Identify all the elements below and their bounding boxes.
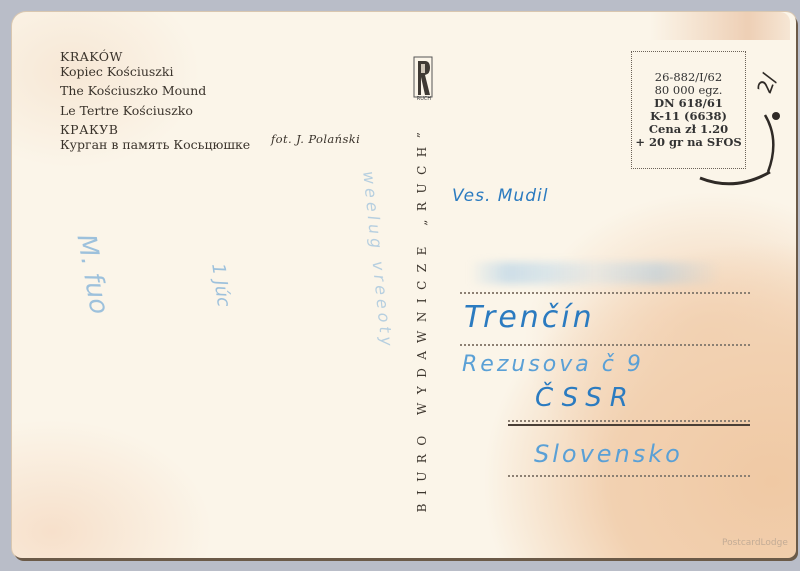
caption-line: KRAKÓW bbox=[60, 49, 250, 64]
address-city: Trenčín bbox=[464, 300, 595, 335]
address-underline bbox=[508, 424, 750, 426]
address-line bbox=[460, 292, 750, 294]
ruch-logo-icon bbox=[413, 55, 433, 101]
caption-line: Kopiec Kościuszki bbox=[60, 64, 250, 79]
ruch-logo-label: RUCH bbox=[411, 96, 437, 102]
redacted-recipient-name bbox=[470, 262, 720, 284]
address-line bbox=[508, 420, 750, 422]
postmark-text: 2/ bbox=[752, 70, 781, 97]
watermark: PostcardLodge bbox=[722, 538, 788, 548]
age-stain bbox=[650, 12, 790, 40]
address-line bbox=[460, 344, 750, 346]
publisher-imprint-vertical: BIURO WYDAWNICZE „RUCH” bbox=[415, 124, 429, 513]
sender-handwriting: Ves. Mudil bbox=[452, 186, 548, 206]
caption-line: Le Tertre Kościuszko bbox=[60, 103, 250, 118]
address-line bbox=[508, 475, 750, 477]
caption-line: The Kościuszko Mound bbox=[60, 83, 250, 98]
address-country: ČSSR bbox=[535, 383, 636, 413]
postmark-icon: 2/ bbox=[690, 60, 800, 190]
address-region: Slovensko bbox=[534, 440, 683, 468]
caption-line: КРАКУВ bbox=[60, 122, 250, 137]
photo-credit: fot. J. Polański bbox=[271, 132, 360, 146]
caption-line: Курган в память Косьцюшке bbox=[60, 137, 250, 152]
address-street: Rezusova č 9 bbox=[462, 352, 644, 377]
caption-block: KRAKÓW Kopiec Kościuszki The Kościuszko … bbox=[60, 49, 250, 152]
